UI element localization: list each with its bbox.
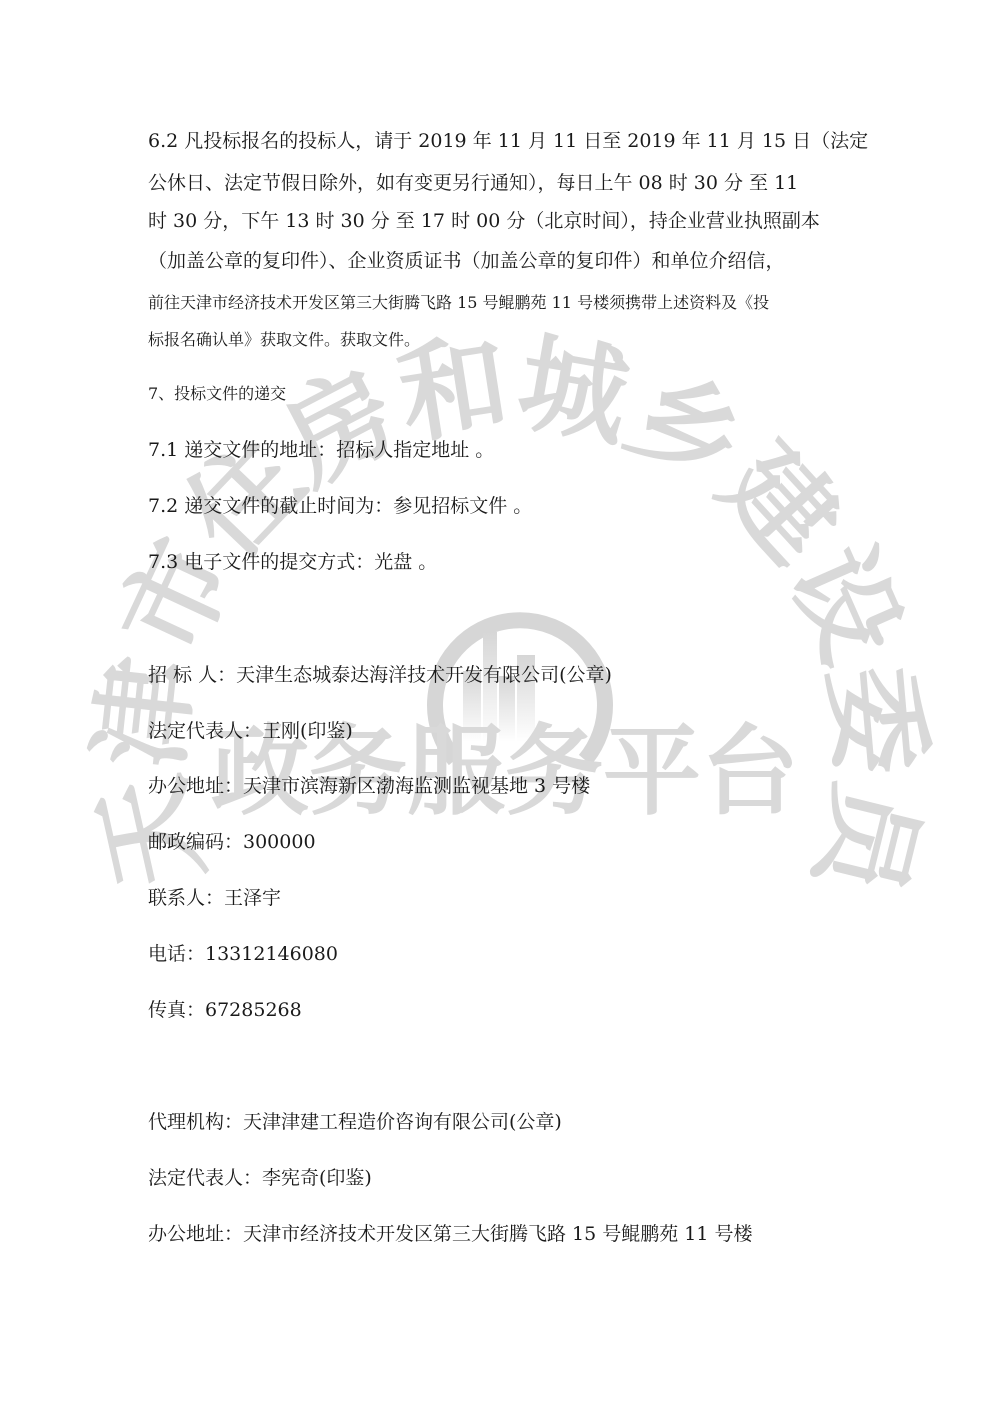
para-line: 6.2 凡投标报名的投标人，请于 2019 年 11 月 11 日至 2019 … (148, 129, 868, 153)
tenderer-address: 办公地址：天津市滨海新区渤海监测监视基地 3 号楼 (148, 774, 590, 798)
building-bars-icon (463, 632, 535, 742)
tenderer-phone: 电话：13312146080 (148, 942, 338, 966)
para-line: 公休日、法定节假日除外，如有变更另行通知），每日上午 08 时 30 分 至 1… (148, 171, 798, 195)
emblem-ring-icon (435, 620, 605, 760)
document-page: 天津市住房和城乡建设委员会 政务服务平台 6.2 凡投标报名的投标人，请于 20… (0, 0, 1000, 1413)
para-line: 标报名确认单》获取文件。获取文件。 (148, 328, 420, 352)
tenderer-postcode: 邮政编码：300000 (148, 830, 316, 854)
para-line: 前往天津市经济技术开发区第三大街腾飞路 15 号鲲鹏苑 11 号楼须携带上述资料… (148, 291, 769, 315)
tenderer-contact: 联系人：王泽宇 (148, 886, 281, 910)
section-7-heading: 7、投标文件的递交 (148, 382, 286, 406)
tenderer-fax: 传真：67285268 (148, 998, 302, 1022)
tenderer-legal-rep: 法定代表人：王刚(印鉴) (148, 719, 353, 743)
tenderer-name: 招 标 人：天津生态城泰达海洋技术开发有限公司(公章) (148, 663, 612, 687)
agency-address: 办公地址：天津市经济技术开发区第三大街腾飞路 15 号鲲鹏苑 11 号楼 (148, 1222, 753, 1246)
item-7-1: 7.1 递交文件的地址：招标人指定地址 。 (148, 438, 494, 462)
para-line: （加盖公章的复印件）、企业资质证书（加盖公章的复印件）和单位介绍信， (148, 249, 785, 273)
para-line: 时 30 分，下午 13 时 30 分 至 17 时 00 分（北京时间），持企… (148, 209, 820, 233)
item-7-2: 7.2 递交文件的截止时间为：参见招标文件 。 (148, 494, 532, 518)
agency-legal-rep: 法定代表人：李宪奇(印鉴) (148, 1166, 372, 1190)
agency-name: 代理机构：天津津建工程造价咨询有限公司(公章) (148, 1110, 562, 1134)
item-7-3: 7.3 电子文件的提交方式：光盘 。 (148, 550, 437, 574)
